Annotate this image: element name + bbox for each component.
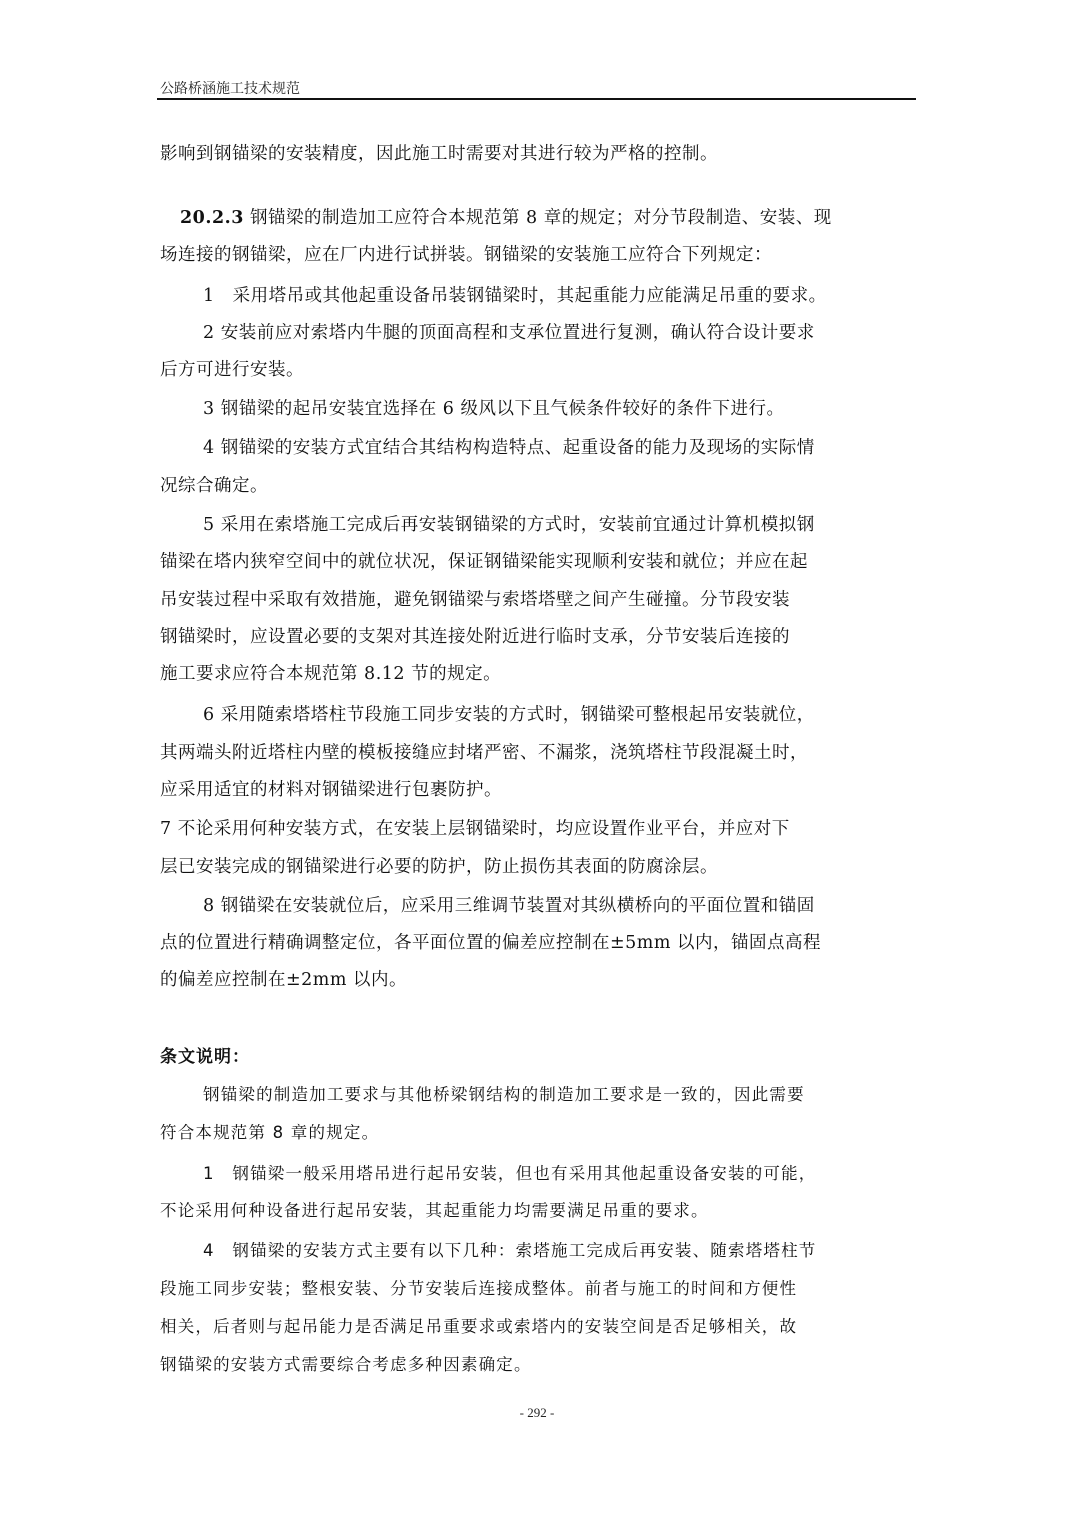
item-8-line: 点的位置进行精确调整定位，各平面位置的偏差应控制在±5mm 以内，锚固点高程 xyxy=(160,931,916,955)
item-5-line: 锚梁在塔内狭窄空间中的就位状况，保证钢锚梁能实现顺利安装和就位；并应在起 xyxy=(160,550,916,574)
item-6-line: 其两端头附近塔柱内壁的模板接缝应封堵严密、不漏浆，浇筑塔柱节段混凝土时， xyxy=(160,741,916,765)
explanation-line: 1 钢锚梁一般采用塔吊进行起吊安装，但也有采用其他起重设备安装的可能， xyxy=(203,1162,916,1186)
explanation-line: 段施工同步安装；整根安装、分节安装后连接成整体。前者与施工的时间和方便性 xyxy=(160,1277,916,1301)
explanation-line: 符合本规范第 8 章的规定。 xyxy=(160,1121,916,1145)
clause-number: 20.2.3 xyxy=(180,208,244,228)
item-8-line: 的偏差应控制在±2mm 以内。 xyxy=(160,968,916,992)
explanation-line: 钢锚梁的制造加工要求与其他桥梁钢结构的制造加工要求是一致的，因此需要 xyxy=(203,1083,916,1107)
running-header: 公路桥涵施工技术规范 xyxy=(160,78,916,98)
item-3-line: 3 钢锚梁的起吊安装宜选择在 6 级风以下且气候条件较好的条件下进行。 xyxy=(203,397,916,421)
header-rule xyxy=(157,98,916,100)
item-4-line: 况综合确定。 xyxy=(160,474,916,498)
item-6-line: 6 采用随索塔塔柱节段施工同步安装的方式时，钢锚梁可整根起吊安装就位， xyxy=(203,703,916,727)
item-5-line: 吊安装过程中采取有效措施，避免钢锚梁与索塔塔壁之间产生碰撞。分节段安装 xyxy=(160,588,916,612)
item-5-line: 5 采用在索塔施工完成后再安装钢锚梁的方式时，安装前宜通过计算机模拟钢 xyxy=(203,513,916,537)
clause-line: 场连接的钢锚梁，应在厂内进行试拼装。钢锚梁的安装施工应符合下列规定： xyxy=(160,243,916,267)
item-8-line: 8 钢锚梁在安装就位后，应采用三维调节装置对其纵横桥向的平面位置和锚固 xyxy=(203,894,916,918)
item-2-line: 2 安装前应对索塔内牛腿的顶面高程和支承位置进行复测，确认符合设计要求 xyxy=(203,321,916,345)
explanation-line: 4 钢锚梁的安装方式主要有以下几种：索塔施工完成后再安装、随索塔塔柱节 xyxy=(203,1239,916,1263)
continuation-text: 影响到钢锚梁的安装精度，因此施工时需要对其进行较为严格的控制。 xyxy=(160,142,916,166)
item-5-line: 施工要求应符合本规范第 8.12 节的规定。 xyxy=(160,662,916,686)
item-7-line: 层已安装完成的钢锚梁进行必要的防护，防止损伤其表面的防腐涂层。 xyxy=(160,855,916,879)
item-1-line: 1 采用塔吊或其他起重设备吊装钢锚梁时，其起重能力应能满足吊重的要求。 xyxy=(203,284,916,308)
clause-first-line: 20.2.3 钢锚梁的制造加工应符合本规范第 8 章的规定；对分节段制造、安装、… xyxy=(180,206,916,230)
item-6-line: 应采用适宜的材料对钢锚梁进行包裹防护。 xyxy=(160,778,916,802)
item-2-line: 后方可进行安装。 xyxy=(160,358,916,382)
item-4-line: 4 钢锚梁的安装方式宜结合其结构构造特点、起重设备的能力及现场的实际情 xyxy=(203,436,916,460)
explanation-line: 相关，后者则与起吊能力是否满足吊重要求或索塔内的安装空间是否足够相关，故 xyxy=(160,1315,916,1339)
clause-text: 钢锚梁的制造加工应符合本规范第 8 章的规定；对分节段制造、安装、现 xyxy=(244,208,832,228)
page-number: - 292 - xyxy=(0,1405,1074,1421)
explanation-line: 不论采用何种设备进行起吊安装，其起重能力均需要满足吊重的要求。 xyxy=(160,1199,916,1223)
explanation-line: 钢锚梁的安装方式需要综合考虑多种因素确定。 xyxy=(160,1353,916,1377)
item-5-line: 钢锚梁时，应设置必要的支架对其连接处附近进行临时支承，分节安装后连接的 xyxy=(160,625,916,649)
explanation-heading: 条文说明： xyxy=(160,1045,250,1069)
document-page: 公路桥涵施工技术规范 影响到钢锚梁的安装精度，因此施工时需要对其进行较为严格的控… xyxy=(0,0,1074,1520)
item-7-line: 7 不论采用何种安装方式，在安装上层钢锚梁时，均应设置作业平台，并应对下 xyxy=(160,817,916,841)
